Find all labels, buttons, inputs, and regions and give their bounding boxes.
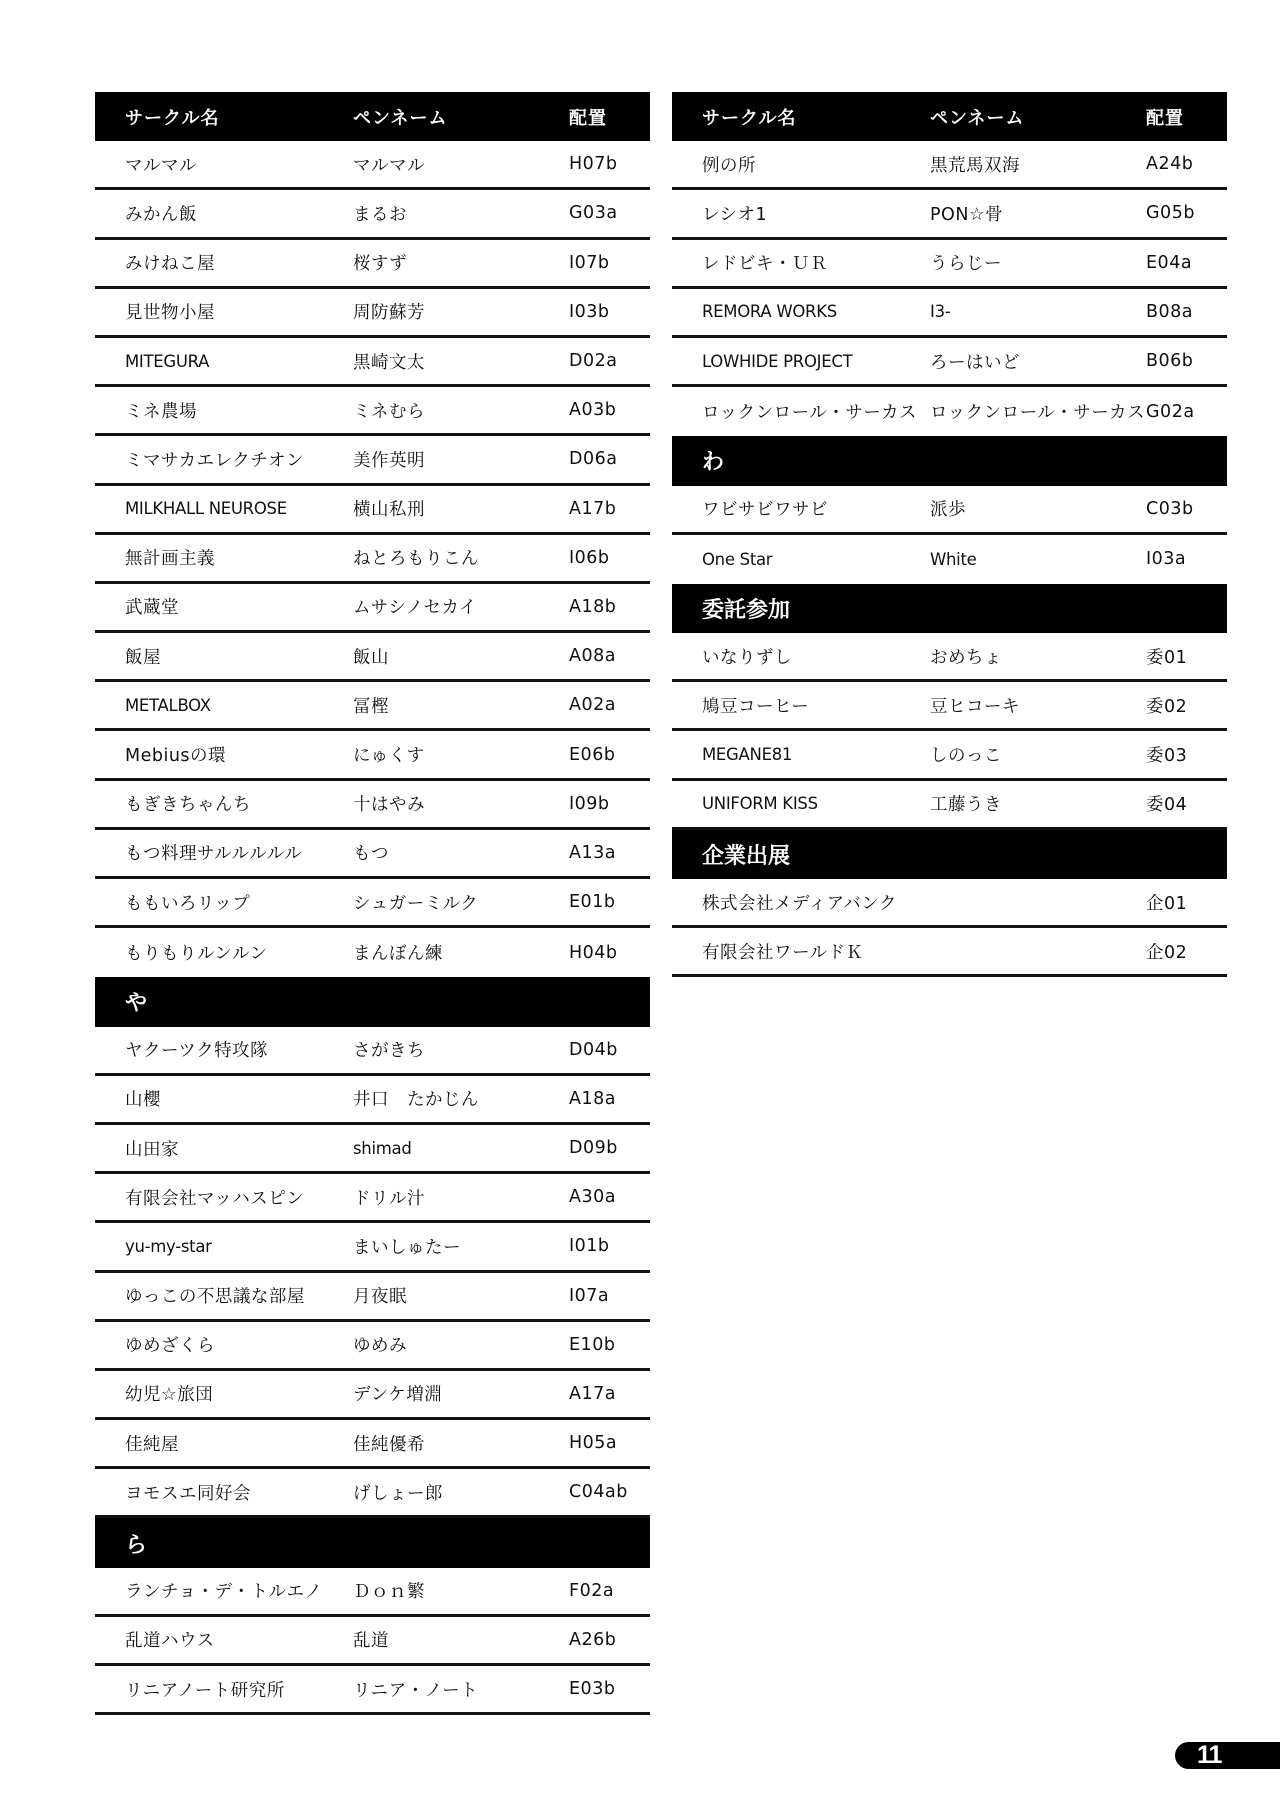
table-row: One StarWhiteI03a [672, 535, 1227, 584]
table-row: 山櫻井口 たかじんA18a [95, 1076, 650, 1125]
space-code: I09b [569, 781, 610, 827]
table-row: 無計画主義ねとろもりこんI06b [95, 535, 650, 584]
section-header-corporate: 企業出展 [672, 830, 1227, 879]
space-code: A13a [569, 830, 616, 876]
pen-name: まいしゅたー [353, 1223, 461, 1269]
circle-name: もりもりルンルン [125, 928, 268, 977]
circle-name: LOWHIDE PROJECT [702, 338, 852, 384]
table-row: MEGANE81しのっこ委03 [672, 731, 1227, 780]
circle-name: yu-my-star [125, 1223, 212, 1269]
pen-name: White [930, 535, 976, 584]
table-row: 見世物小屋周防蘇芳I03b [95, 289, 650, 338]
row-group-wa: ワビサビワサビ派歩C03bOne StarWhiteI03a [672, 486, 1227, 584]
circle-name: 佳純屋 [125, 1420, 179, 1466]
pen-name: にゅくす [353, 731, 425, 777]
table-row: マルマルマルマルH07b [95, 141, 650, 190]
table-row: 乱道ハウス乱道A26b [95, 1617, 650, 1666]
pen-name: I3- [930, 289, 950, 335]
section-header-wa: わ [672, 436, 1227, 485]
space-code: D04b [569, 1027, 618, 1073]
circle-name: MITEGURA [125, 338, 209, 384]
table-row: いなりずしおめちょ委01 [672, 633, 1227, 682]
space-code: A03b [569, 387, 616, 433]
space-code: C04ab [569, 1469, 628, 1515]
page-number-tab: 11 [1175, 1742, 1280, 1769]
table-row: 例の所黒荒馬双海A24b [672, 141, 1227, 190]
space-code: B06b [1146, 338, 1193, 384]
space-code: A17b [569, 486, 616, 532]
table-header: サークル名 ペンネーム 配置 [672, 92, 1227, 141]
table-row: MITEGURA黒崎文太D02a [95, 338, 650, 387]
space-code: A26b [569, 1617, 616, 1663]
row-group-ma: マルマルマルマルH07bみかん飯まるおG03aみけねこ屋桜すずI07b見世物小屋… [95, 141, 650, 977]
circle-list-table-right: サークル名 ペンネーム 配置 例の所黒荒馬双海A24bレシオ1PON☆骨G05b… [672, 92, 1227, 977]
table-row: レドビキ・ＵＲうらじーE04a [672, 240, 1227, 289]
pen-name: PON☆骨 [930, 190, 1003, 236]
header-circle-name: サークル名 [125, 92, 219, 141]
space-code: 企02 [1146, 928, 1187, 974]
space-code: I07b [569, 240, 610, 286]
space-code: D06a [569, 436, 617, 482]
pen-name: ゆめみ [353, 1322, 407, 1368]
pen-name: 冨樫 [353, 682, 389, 728]
table-row: 有限会社マッハスピンドリル汁A30a [95, 1174, 650, 1223]
table-header: サークル名 ペンネーム 配置 [95, 92, 650, 141]
circle-name: METALBOX [125, 682, 211, 728]
circle-name: 乱道ハウス [125, 1617, 214, 1663]
circle-name: ゆめざくら [125, 1322, 215, 1368]
header-pen-name: ペンネーム [930, 92, 1024, 141]
pen-name: 横山私刑 [353, 486, 425, 532]
section-header-ya: や [95, 977, 650, 1026]
header-circle-name: サークル名 [702, 92, 796, 141]
table-row: ランチョ・デ・トルエノＤｏｎ繁F02a [95, 1568, 650, 1617]
circle-name: ランチョ・デ・トルエノ [125, 1568, 322, 1614]
pen-name: ねとろもりこん [353, 535, 479, 581]
table-row: UNIFORM KISS工藤うき委04 [672, 781, 1227, 830]
circle-name: One Star [702, 535, 772, 584]
circle-name: MEGANE81 [702, 731, 792, 777]
space-code: A30a [569, 1174, 616, 1220]
pen-name: ロックンロール・サーカス [930, 387, 1145, 436]
circle-name: 見世物小屋 [125, 289, 215, 335]
space-code: G02a [1146, 387, 1195, 436]
table-row: Mebiusの環にゅくすE06b [95, 731, 650, 780]
circle-name: みけねこ屋 [125, 240, 215, 286]
pen-name: 井口 たかじん [353, 1076, 479, 1122]
table-row: もつ料理サルルルルルもつA13a [95, 830, 650, 879]
space-code: F02a [569, 1568, 614, 1614]
circle-name: リニアノート研究所 [125, 1666, 285, 1712]
space-code: A02a [569, 682, 616, 728]
circle-name: みかん飯 [125, 190, 197, 236]
pen-name: げしょー郎 [353, 1469, 443, 1515]
pen-name: ムサシノセカイ [353, 584, 477, 630]
circle-name: 無計画主義 [125, 535, 215, 581]
space-code: D09b [569, 1125, 618, 1171]
section-title: 委託参加 [702, 584, 790, 633]
space-code: A17a [569, 1371, 616, 1417]
row-group-consignment: いなりずしおめちょ委01鳩豆コーヒー豆ヒコーキ委02MEGANE81しのっこ委0… [672, 633, 1227, 830]
section-header-ra: ら [95, 1518, 650, 1567]
header-space: 配置 [569, 92, 607, 141]
circle-name: 山櫻 [125, 1076, 161, 1122]
section-header-consignment: 委託参加 [672, 584, 1227, 633]
section-title: 企業出展 [702, 830, 790, 879]
space-code: A24b [1146, 141, 1193, 187]
table-row: 山田家shimadD09b [95, 1125, 650, 1174]
circle-name: ヤクーツク特攻隊 [125, 1027, 268, 1073]
table-row: 株式会社メディアバンク企01 [672, 879, 1227, 928]
table-row: 佳純屋佳純優希H05a [95, 1420, 650, 1469]
pen-name: 飯山 [353, 633, 389, 679]
space-code: A18b [569, 584, 616, 630]
table-row: 幼児☆旅団デンケ増淵A17a [95, 1371, 650, 1420]
table-row: ゆっこの不思議な部屋月夜眠I07a [95, 1273, 650, 1322]
circle-name: 山田家 [125, 1125, 179, 1171]
table-row: LOWHIDE PROJECTろーはいどB06b [672, 338, 1227, 387]
table-row: リニアノート研究所リニア・ノートE03b [95, 1666, 650, 1715]
space-code: 企01 [1146, 879, 1187, 925]
circle-name: ももいろリップ [125, 879, 250, 925]
pen-name: ろーはいど [930, 338, 1020, 384]
circle-name: MILKHALL NEUROSE [125, 486, 287, 532]
table-row: ミネ農場ミネむらA03b [95, 387, 650, 436]
pen-name: もつ [353, 830, 389, 876]
circle-name: ワビサビワサビ [702, 486, 828, 532]
section-title: ら [125, 1518, 147, 1567]
pen-name: リニア・ノート [353, 1666, 478, 1712]
row-group-corporate: 株式会社メディアバンク企01有限会社ワールドＫ企02 [672, 879, 1227, 977]
space-code: 委02 [1146, 682, 1187, 728]
circle-name: 有限会社マッハスピン [125, 1174, 304, 1220]
pen-name: まるお [353, 190, 407, 236]
table-row: ロックンロール・サーカスロックンロール・サーカスG02a [672, 387, 1227, 436]
header-pen-name: ペンネーム [353, 92, 447, 141]
space-code: H05a [569, 1420, 617, 1466]
pen-name: 黒崎文太 [353, 338, 425, 384]
row-group-ra: ランチョ・デ・トルエノＤｏｎ繁F02a乱道ハウス乱道A26bリニアノート研究所リ… [95, 1568, 650, 1716]
circle-name: レドビキ・ＵＲ [702, 240, 828, 286]
section-title: わ [702, 436, 724, 485]
space-code: I03b [569, 289, 610, 335]
space-code: E03b [569, 1666, 615, 1712]
pen-name: 派歩 [930, 486, 966, 532]
table-row: ミマサカエレクチオン美作英明D06a [95, 436, 650, 485]
circle-name: 鳩豆コーヒー [702, 682, 809, 728]
space-code: H04b [569, 928, 618, 977]
space-code: A18a [569, 1076, 616, 1122]
pen-name: 美作英明 [353, 436, 425, 482]
table-row: ももいろリップシュガーミルクE01b [95, 879, 650, 928]
table-row: ヨモスエ同好会げしょー郎C04ab [95, 1469, 650, 1518]
table-row: もりもりルンルンまんぼん練H04b [95, 928, 650, 977]
pen-name: 桜すず [353, 240, 407, 286]
table-row: みかん飯まるおG03a [95, 190, 650, 239]
pen-name: 工藤うき [930, 781, 1002, 827]
table-row: みけねこ屋桜すずI07b [95, 240, 650, 289]
space-code: E06b [569, 731, 615, 777]
pen-name: Ｄｏｎ繁 [353, 1568, 425, 1614]
circle-name: マルマル [125, 141, 197, 187]
circle-name: もつ料理サルルルルル [125, 830, 302, 876]
pen-name: shimad [353, 1125, 412, 1171]
pen-name: ミネむら [353, 387, 425, 433]
pen-name: さがきち [353, 1027, 425, 1073]
table-row: ヤクーツク特攻隊さがきちD04b [95, 1027, 650, 1076]
row-group-ya: ヤクーツク特攻隊さがきちD04b山櫻井口 たかじんA18a山田家shimadD0… [95, 1027, 650, 1519]
space-code: G05b [1146, 190, 1195, 236]
table-row: ゆめざくらゆめみE10b [95, 1322, 650, 1371]
table-row: yu-my-starまいしゅたーI01b [95, 1223, 650, 1272]
table-row: 有限会社ワールドＫ企02 [672, 928, 1227, 977]
pen-name: まんぼん練 [353, 928, 443, 977]
pen-name: 乱道 [353, 1617, 389, 1663]
circle-name: Mebiusの環 [125, 731, 226, 777]
circle-name: ミネ農場 [125, 387, 197, 433]
pen-name: シュガーミルク [353, 879, 478, 925]
space-code: B08a [1146, 289, 1193, 335]
space-code: I07a [569, 1273, 609, 1319]
table-row: REMORA WORKSI3-B08a [672, 289, 1227, 338]
pen-name: 黒荒馬双海 [930, 141, 1020, 187]
pen-name: 月夜眠 [353, 1273, 407, 1319]
pen-name: 周防蘇芳 [353, 289, 425, 335]
circle-name: 飯屋 [125, 633, 161, 679]
circle-name: 例の所 [702, 141, 756, 187]
circle-name: ロックンロール・サーカス [702, 387, 917, 436]
space-code: E04a [1146, 240, 1192, 286]
pen-name: デンケ増淵 [353, 1371, 442, 1417]
circle-name: いなりずし [702, 633, 792, 679]
space-code: D02a [569, 338, 617, 384]
table-row: もぎきちゃんち十はやみI09b [95, 781, 650, 830]
space-code: 委04 [1146, 781, 1187, 827]
circle-list-table-left: サークル名 ペンネーム 配置 マルマルマルマルH07bみかん飯まるおG03aみけ… [95, 92, 650, 1715]
pen-name: 佳純優希 [353, 1420, 425, 1466]
space-code: 委01 [1146, 633, 1187, 679]
table-row: 飯屋飯山A08a [95, 633, 650, 682]
space-code: A08a [569, 633, 616, 679]
pen-name: 十はやみ [353, 781, 425, 827]
circle-name: REMORA WORKS [702, 289, 837, 335]
circle-name: ヨモスエ同好会 [125, 1469, 251, 1515]
pen-name: うらじー [930, 240, 1002, 286]
row-group-ra-cont: 例の所黒荒馬双海A24bレシオ1PON☆骨G05bレドビキ・ＵＲうらじーE04a… [672, 141, 1227, 436]
circle-name: ゆっこの不思議な部屋 [125, 1273, 305, 1319]
pen-name: しのっこ [930, 731, 1002, 777]
table-row: ワビサビワサビ派歩C03b [672, 486, 1227, 535]
table-row: MILKHALL NEUROSE横山私刑A17b [95, 486, 650, 535]
section-title: や [125, 977, 147, 1026]
pen-name: マルマル [353, 141, 425, 187]
pen-name: ドリル汁 [353, 1174, 425, 1220]
space-code: I01b [569, 1223, 610, 1269]
pen-name: 豆ヒコーキ [930, 682, 1020, 728]
space-code: E10b [569, 1322, 615, 1368]
table-row: レシオ1PON☆骨G05b [672, 190, 1227, 239]
space-code: G03a [569, 190, 618, 236]
table-row: 武蔵堂ムサシノセカイA18b [95, 584, 650, 633]
table-row: METALBOX冨樫A02a [95, 682, 650, 731]
header-space: 配置 [1146, 92, 1184, 141]
space-code: C03b [1146, 486, 1194, 532]
space-code: I03a [1146, 535, 1186, 584]
circle-name: もぎきちゃんち [125, 781, 251, 827]
space-code: E01b [569, 879, 615, 925]
space-code: H07b [569, 141, 618, 187]
table-row: 鳩豆コーヒー豆ヒコーキ委02 [672, 682, 1227, 731]
circle-name: UNIFORM KISS [702, 781, 818, 827]
circle-name: 株式会社メディアバンク [702, 879, 897, 925]
circle-name: ミマサカエレクチオン [125, 436, 304, 482]
space-code: I06b [569, 535, 610, 581]
circle-name: 有限会社ワールドＫ [702, 928, 864, 974]
space-code: 委03 [1146, 731, 1187, 777]
circle-name: 幼児☆旅団 [125, 1371, 213, 1417]
pen-name: おめちょ [930, 633, 1002, 679]
circle-name: レシオ1 [702, 190, 767, 236]
circle-name: 武蔵堂 [125, 584, 179, 630]
